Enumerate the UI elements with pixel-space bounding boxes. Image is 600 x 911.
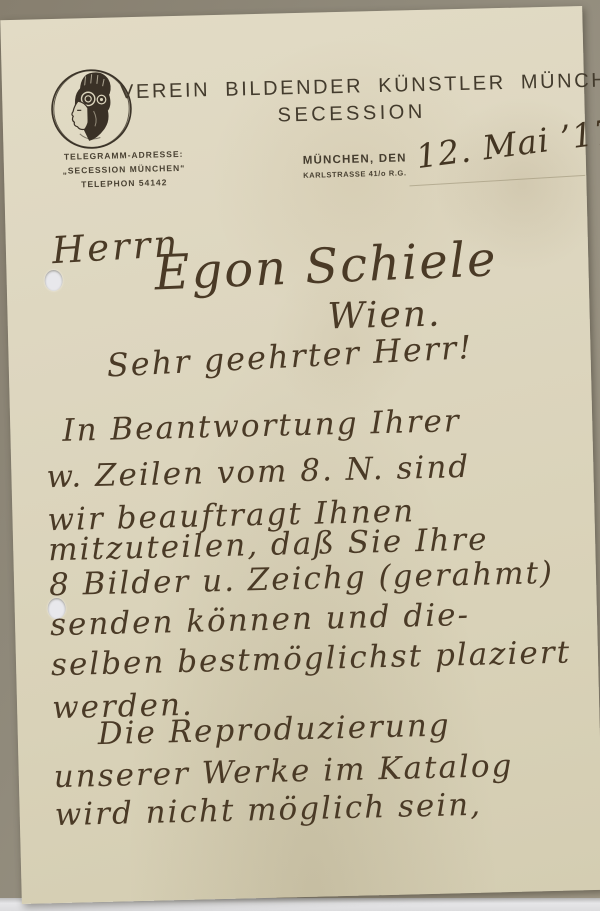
handwritten-line: w. Zeilen vom 8. N. sind [46,447,471,497]
handwritten-line: In Beantwortung Ihrer [62,401,461,451]
punch-hole-top [44,270,63,291]
masthead: VEREIN BILDENDER KÜNSTLER MÜNCHENS SECES… [120,70,583,131]
street-address-printed: KARLSTRASSE 41/o R.G. [303,168,407,180]
greeting-line: Sehr geehrter Herr! [106,328,474,385]
recipient-name: Egon Schiele [153,231,498,301]
scanned-letter-page: VEREIN BILDENDER KÜNSTLER MÜNCHENS SECES… [0,0,600,911]
date-rule-line [409,175,585,186]
letter-paper: VEREIN BILDENDER KÜNSTLER MÜNCHENS SECES… [0,6,600,904]
handwritten-line: Die Reproduzierung [97,705,451,754]
telegram-address-block: TELEGRAMM-ADRESSE: „SECESSION MÜNCHEN“ T… [21,146,226,193]
place-date-printed: MÜNCHEN, DEN [303,152,407,167]
